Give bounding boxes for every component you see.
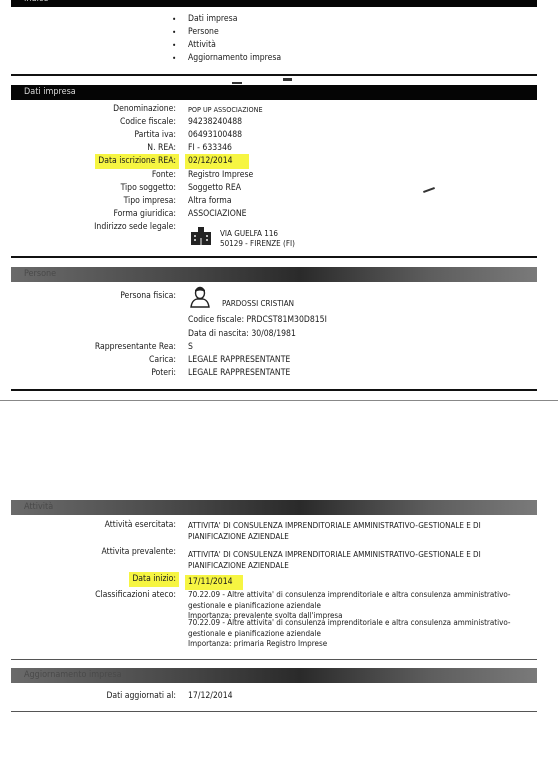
toc-item-aggiornamento[interactable]: Aggiornamento impresa (172, 52, 281, 65)
field-tipo-soggetto: Tipo soggetto: Soggetto REA (0, 182, 558, 195)
field-label: Carica: (149, 354, 176, 367)
field-label: Fonte: (152, 169, 176, 182)
field-label: Attività esercitata: (105, 519, 176, 532)
field-label: Attivita prevalente: (102, 546, 176, 559)
toc-item-dati-impresa[interactable]: Dati impresa (172, 13, 281, 26)
person-name: PARDOSSI CRISTIAN (0, 297, 558, 310)
field-label: Denominazione: (113, 103, 176, 116)
person-name-value: PARDOSSI CRISTIAN (222, 297, 294, 310)
field-carica: Carica: LEGALE RAPPRESENTANTE (0, 354, 558, 367)
scan-artifact (283, 78, 292, 81)
table-of-contents: Dati impresa Persone Attività Aggiorname… (172, 13, 281, 65)
ateco-description: 70.22.09 - Altre attivita' di consulenza… (188, 590, 518, 611)
sede-line-2: 50129 - FIRENZE (FI) (0, 237, 558, 250)
toc-item-attivita[interactable]: Attività (172, 39, 281, 52)
person-codice-fiscale: Codice fiscale: PRDCST81M30D815I (0, 314, 558, 327)
toc-item-persone[interactable]: Persone (172, 26, 281, 39)
divider (11, 389, 537, 391)
field-value: ASSOCIAZIONE (188, 208, 246, 221)
divider (11, 659, 537, 660)
divider (11, 711, 537, 712)
section-header-indice: Indice (11, 0, 537, 7)
field-poteri: Poteri: LEGALE RAPPRESENTANTE (0, 367, 558, 380)
person-data-nascita: Data di nascita: 30/08/1981 (0, 328, 558, 341)
field-value: LEGALE RAPPRESENTANTE (188, 354, 290, 367)
field-partita-iva: Partita iva: 06493100488 (0, 129, 558, 142)
field-label: Codice fiscale: (120, 116, 176, 129)
field-tipo-impresa: Tipo impresa: Altra forma (0, 195, 558, 208)
field-label: Tipo soggetto: (121, 182, 176, 195)
field-fonte: Fonte: Registro Imprese (0, 169, 558, 182)
ateco-entry-2: 70.22.09 - Altre attivita' di consulenza… (188, 618, 518, 650)
field-value-highlighted: 17/11/2014 (185, 575, 243, 590)
field-label: Tipo impresa: (124, 195, 176, 208)
divider (11, 256, 537, 258)
field-value: 06493100488 (188, 129, 242, 142)
field-forma-giuridica: Forma giuridica: ASSOCIAZIONE (0, 208, 558, 221)
field-value: 94238240488 (188, 116, 242, 129)
field-data-inizio-value-row: 17/11/2014 (0, 576, 558, 589)
field-label: Classificazioni ateco: (95, 589, 176, 602)
codice-fiscale-value: Codice fiscale: PRDCST81M30D815I (188, 314, 327, 327)
attivita-prevalente-value: ATTIVITA' DI CONSULENZA IMPRENDITORIALE … (188, 550, 518, 571)
field-value-highlighted: 02/12/2014 (185, 154, 249, 169)
field-label: Partita iva: (134, 129, 176, 142)
field-dati-aggiornati: Dati aggiornati al: 17/12/2014 (0, 690, 558, 703)
field-label-highlighted: Data iscrizione REA: (95, 154, 179, 169)
field-value: LEGALE RAPPRESENTANTE (188, 367, 290, 380)
divider (11, 74, 537, 76)
field-label: Forma giuridica: (113, 208, 176, 221)
field-rappresentante-rea: Rappresentante Rea: S (0, 341, 558, 354)
field-value: POP UP ASSOCIAZIONE (188, 103, 263, 116)
attivita-esercitata-value: ATTIVITA' DI CONSULENZA IMPRENDITORIALE … (188, 521, 518, 542)
section-header-attivita: Attività (11, 500, 537, 515)
field-data-iscrizione-rea: Data iscrizione REA: 02/12/2014 (0, 155, 558, 168)
field-denominazione: Denominazione: POP UP ASSOCIAZIONE (0, 103, 558, 116)
field-value: S (188, 341, 193, 354)
page-break-line (0, 400, 558, 401)
address-city: 50129 - FIRENZE (FI) (220, 237, 295, 250)
section-header-persone: Persone (11, 267, 537, 282)
section-header-dati-impresa: Dati impresa (11, 85, 537, 100)
field-label: Dati aggiornati al: (106, 690, 176, 703)
ateco-importanza: Importanza: primaria Registro Imprese (188, 639, 518, 650)
field-n-rea: N. REA: FI - 633346 (0, 142, 558, 155)
scan-artifact (232, 82, 242, 84)
section-header-aggiornamento: Aggiornamento impresa (11, 668, 537, 683)
field-value: Altra forma (188, 195, 232, 208)
field-label: Poteri: (151, 367, 176, 380)
field-value: Soggetto REA (188, 182, 241, 195)
field-codice-fiscale: Codice fiscale: 94238240488 (0, 116, 558, 129)
ateco-description: 70.22.09 - Altre attivita' di consulenza… (188, 618, 518, 639)
data-nascita-value: Data di nascita: 30/08/1981 (188, 328, 296, 341)
field-value: Registro Imprese (188, 169, 253, 182)
ateco-entry-1: 70.22.09 - Altre attivita' di consulenza… (188, 590, 518, 622)
field-label: Rappresentante Rea: (95, 341, 176, 354)
field-value: 17/12/2014 (188, 690, 233, 703)
